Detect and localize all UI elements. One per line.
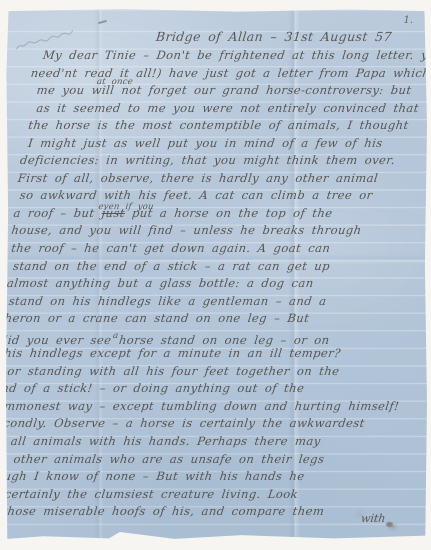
line-text: end of a stick! – or doing anything out … [0, 381, 305, 395]
letter-line: though I know of none – But with his han… [0, 468, 372, 486]
line-text: put a horse on the top of the [124, 206, 333, 220]
letter-line: be other animals who are as unsafe on th… [0, 451, 374, 469]
letter-heading: Bridge of Allan – 31st August 57 [155, 29, 393, 44]
letter-line: a roof – but even if youjust put a horse… [12, 205, 404, 223]
line-text: a roof – but [13, 206, 103, 220]
line-text: as it seemed to me you were not entirely… [36, 101, 420, 115]
letter-line: end of a stick! – or doing anything out … [0, 380, 383, 398]
letter-line: at those miserable hoofs of his, and com… [0, 503, 368, 521]
line-text: – or standing with all his four feet tog… [0, 364, 340, 378]
letter-line: the horse is the most contemptible of an… [23, 117, 415, 135]
letter-line: did you ever seeahorse stand on one leg … [0, 328, 390, 346]
letter-photo: 1. Bridge of Allan – 31st August 57 My d… [0, 0, 431, 550]
letter-line: his hindlegs except for a minute in an i… [0, 345, 387, 363]
letter-line: Secondly. Observe – a horse is certainly… [0, 415, 379, 433]
letter-line: My dear Tinie – Don't be frightened at t… [32, 47, 424, 65]
letter-line: as it seemed to me you were not entirely… [25, 100, 417, 118]
line-text: First of all, observe, there is hardly a… [17, 171, 379, 185]
line-text: be other animals who are as unsafe on th… [0, 452, 325, 466]
line-text: almost anything but a glass bottle: a do… [6, 276, 314, 290]
line-text: heron or a crane can stand on one leg – … [4, 311, 310, 325]
line-text: though I know of none – But with his han… [0, 469, 305, 483]
letter-line: so awkward with his feet. A cat can clim… [15, 187, 407, 205]
line-text: the horse is the most contemptible of an… [28, 118, 410, 132]
letter-line: of all animals with his hands. Perhaps t… [0, 433, 377, 451]
letter-paper: 1. Bridge of Allan – 31st August 57 My d… [6, 9, 427, 541]
letter-line: commonest way – except tumbling down and… [0, 398, 381, 416]
letter-line: is certainly the clumsiest creature livi… [0, 486, 370, 504]
catchword: with [360, 512, 386, 525]
letter-line: house, and you will find – unless he bre… [10, 222, 402, 240]
letter-line: stand on the end of a stick – a rat can … [6, 258, 398, 276]
letter-line: deficiencies: in writing, that you might… [19, 152, 411, 170]
line-text: me you will not forget our grand horse-c… [36, 83, 413, 97]
letter-line: I might just as well put you in mind of … [21, 135, 413, 153]
line-text: have just got a letter from Papa which t… [161, 66, 431, 80]
ink-blot [386, 522, 393, 527]
letter-line: need'nt read it all!)at once have just g… [30, 65, 422, 83]
line-text: is certainly the clumsiest creature livi… [0, 487, 299, 501]
letter-lines: My dear Tinie – Don't be frightened at t… [0, 47, 424, 521]
letter-line: the roof – he can't get down again. A go… [8, 240, 400, 258]
page-number: 1. [403, 15, 413, 26]
pencil-mark [98, 20, 107, 24]
line-text: stand on his hindlegs like a gentleman –… [8, 294, 327, 308]
letter-line: stand on his hindlegs like a gentleman –… [2, 293, 394, 311]
line-text: commonest way – except tumbling down and… [0, 399, 400, 413]
line-text: of all animals with his hands. Perhaps t… [0, 434, 322, 448]
letter-line: heron or a crane can stand on one leg – … [0, 310, 392, 328]
letter-line: me you will not forget our grand horse-c… [28, 82, 420, 100]
letter-line: – or standing with all his four feet tog… [0, 363, 385, 381]
line-text: stand on the end of a stick – a rat can … [12, 259, 331, 273]
line-text: house, and you will find – unless he bre… [11, 223, 363, 237]
line-text: deficiencies: in writing, that you might… [19, 153, 396, 167]
line-text: I might just as well put you in mind of … [27, 136, 383, 150]
line-text: My dear Tinie – Don't be frightened at t… [42, 48, 431, 62]
line-text: Secondly. Observe – a horse is certainly… [0, 416, 366, 430]
line-text: at those miserable hoofs of his, and com… [0, 504, 325, 518]
line-text: his hindlegs except for a minute in an i… [4, 346, 342, 360]
letter-line: First of all, observe, there is hardly a… [17, 170, 409, 188]
letter-line: almost anything but a glass bottle: a do… [4, 275, 396, 293]
line-text: so awkward with his feet. A cat can clim… [19, 188, 374, 202]
line-text: the roof – he can't get down again. A go… [10, 241, 331, 255]
